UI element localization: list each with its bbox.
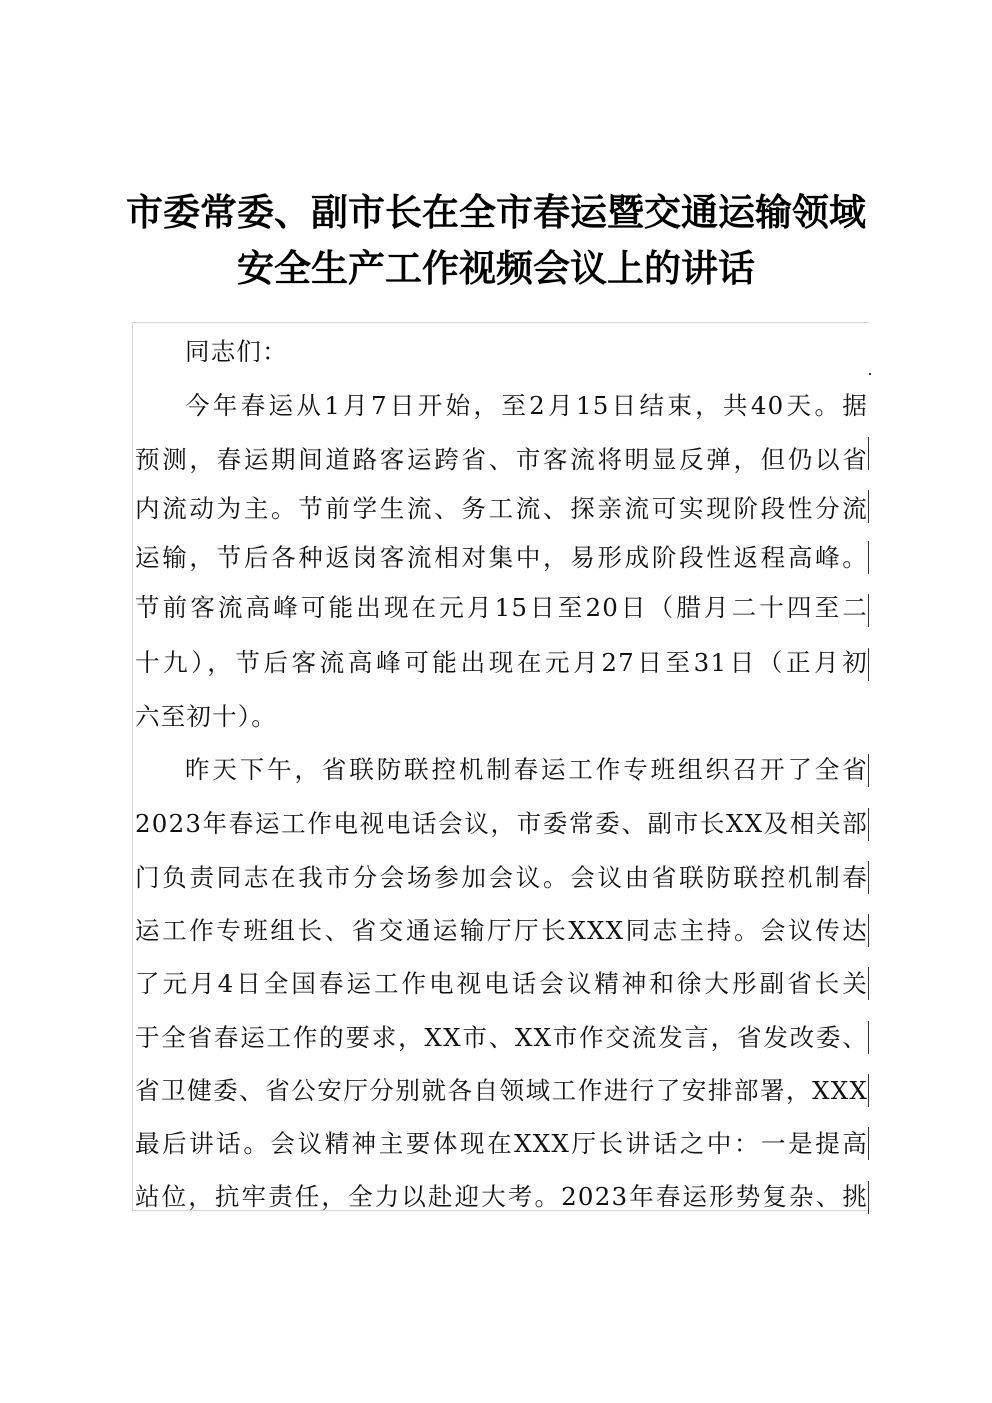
margin-mark (868, 1181, 869, 1214)
margin-mark (868, 861, 869, 894)
margin-mark (868, 967, 869, 1000)
paragraph-line: 内流动为主。节前学生流、务工流、探亲流可实现阶段性分流 (135, 491, 868, 527)
document-title-line-1: 市委常委、副市长在全市春运暨交通运输领域 (0, 182, 992, 236)
paragraph-line: 今年春运从1月7日开始，至2月15日结束，共40天。据 (185, 388, 868, 424)
margin-mark (869, 373, 871, 375)
margin-mark (868, 754, 869, 787)
margin-mark (868, 1021, 869, 1054)
paragraph-line: 门负责同志在我市分会场参加会议。会议由省联防联控机制春 (135, 860, 868, 896)
paragraph-line: 节前客流高峰可能出现在元月15日至20日（腊月二十四至二 (135, 590, 868, 626)
paragraph-line: 昨天下午，省联防联控机制春运工作专班组织召开了全省 (185, 752, 868, 788)
paragraph-line: 省卫健委、省公安厅分别就各自领域工作进行了安排部署，XXX (135, 1073, 868, 1109)
margin-mark (868, 594, 869, 627)
paragraph-line: 十九），节后客流高峰可能出现在元月27日至31日（正月初 (135, 645, 868, 681)
margin-mark (868, 808, 869, 841)
document-title-line-2: 安全生产工作视频会议上的讲话 (0, 238, 992, 292)
paragraph-line: 于全省春运工作的要求，XX市、XX市作交流发言，省发改委、 (135, 1020, 868, 1056)
margin-mark (868, 437, 869, 470)
paragraph-line: 运工作专班组长、省交通运输厅厅长XXX同志主持。会议传达 (135, 913, 868, 949)
paragraph-line: 了元月4日全国春运工作电视电话会议精神和徐大彤副省长关 (135, 966, 868, 1002)
margin-mark (868, 541, 869, 574)
margin-mark (868, 1127, 869, 1160)
paragraph-line: 六至初十）。 (135, 699, 868, 735)
paragraph-line: 站位，抗牢责任，全力以赴迎大考。2023年春运形势复杂、挑 (135, 1179, 868, 1215)
margin-mark (868, 490, 869, 523)
margin-mark (868, 648, 869, 681)
paragraph-line: 运输，节后各种返岗客流相对集中，易形成阶段性返程高峰。 (135, 540, 868, 576)
margin-mark (868, 914, 869, 947)
paragraph-line: 2023年春运工作电视电话会议，市委常委、副市长XX及相关部 (135, 806, 868, 842)
paragraph-line: 最后讲话。会议精神主要体现在XXX厅长讲话之中：一是提高 (135, 1126, 868, 1162)
paragraph-line: 预测，春运期间道路客运跨省、市客流将明显反弹，但仍以省 (135, 442, 868, 478)
salutation: 同志们： (185, 334, 868, 370)
margin-mark (868, 1074, 869, 1107)
